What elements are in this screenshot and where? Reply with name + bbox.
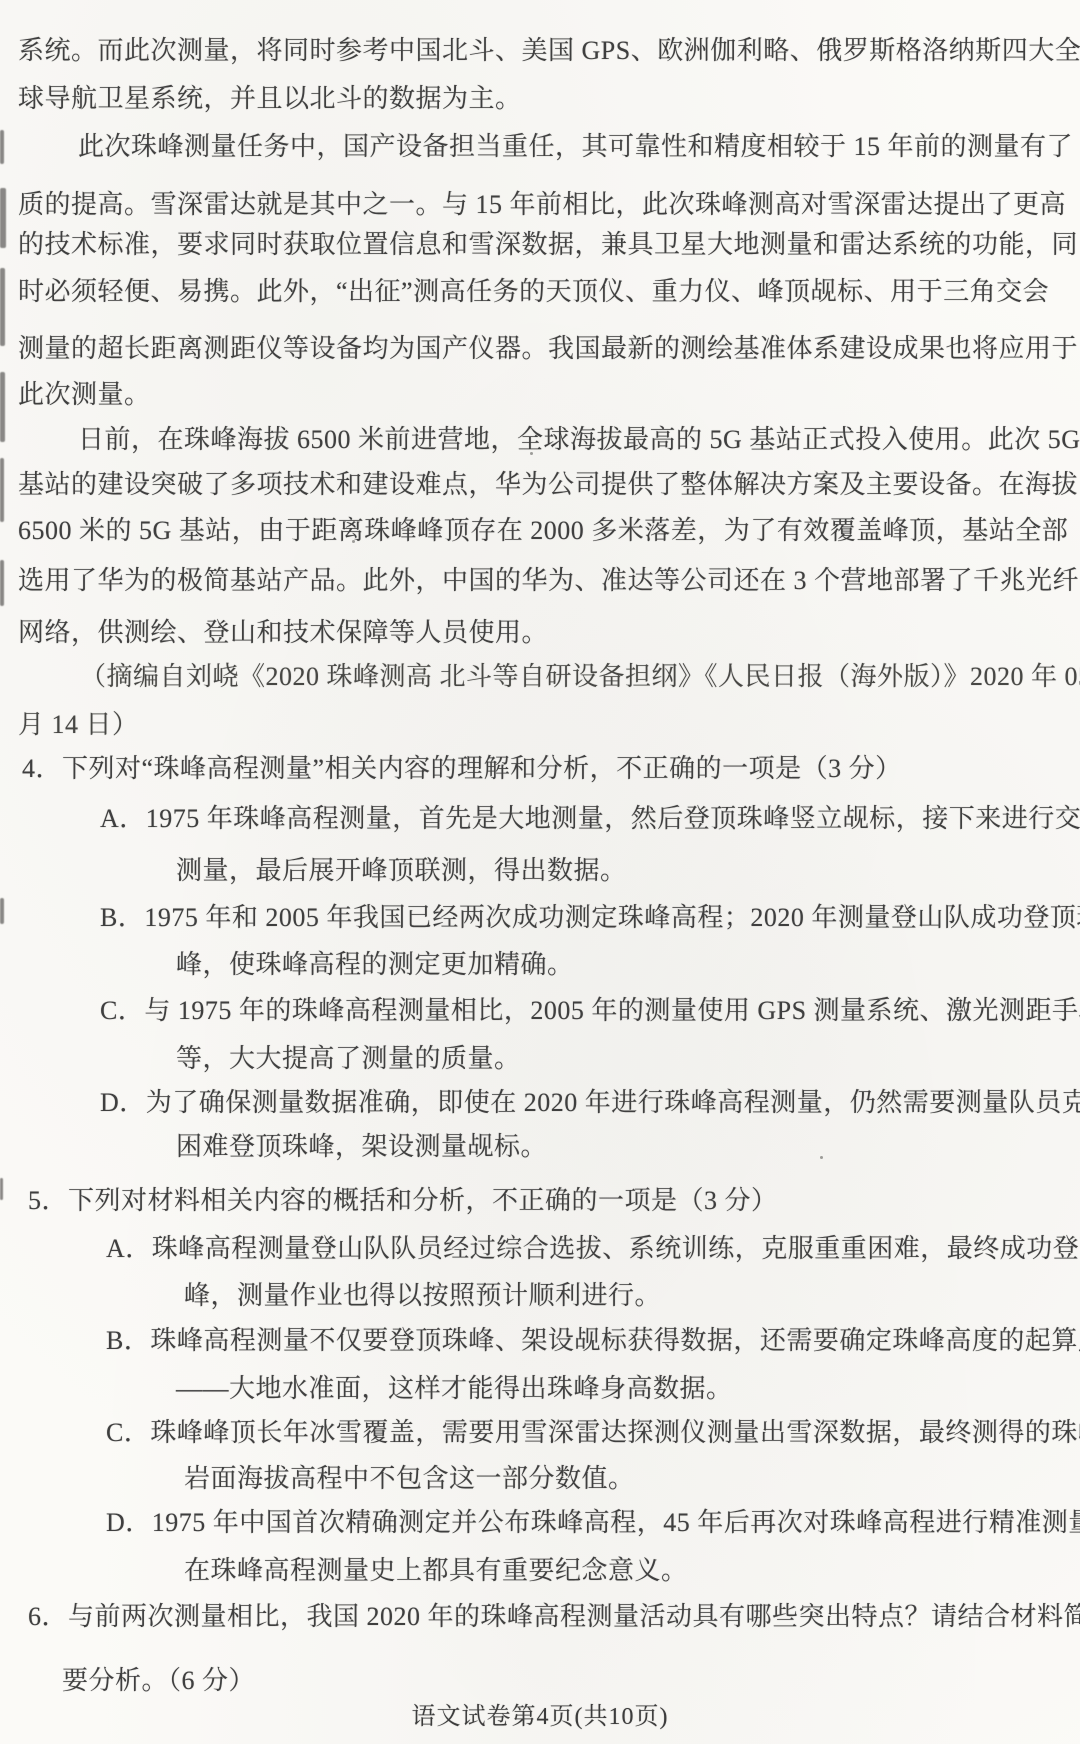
- text-line-passage: 质的提高。雪深雷达就是其中之一。与 15 年前相比，此次珠峰测高对雪深雷达提出了…: [18, 184, 1066, 221]
- scan-edge-smudge: [0, 458, 4, 522]
- text-line-option: 测量，最后展开峰顶联测，得出数据。: [176, 850, 627, 887]
- text-line-passage: 6500 米的 5G 基站，由于距离珠峰峰顶存在 2000 多米落差，为了有效覆…: [18, 510, 1068, 547]
- text-line-passage: 网络，供测绘、登山和技术保障等人员使用。: [18, 612, 548, 649]
- text-line-passage: 日前，在珠峰海拔 6500 米前进营地，全球海拔最高的 5G 基站正式投入使用。…: [78, 419, 1080, 456]
- text-line-question: 4．下列对“珠峰高程测量”相关内容的理解和分析，不正确的一项是（3 分）: [22, 748, 902, 785]
- text-line-passage: 时必须轻便、易携。此外，“出征”测高任务的天顶仪、重力仪、峰顶觇标、用于三角交会: [18, 271, 1049, 308]
- text-line-option: 峰，测量作业也得以按照预计顺利进行。: [184, 1275, 661, 1312]
- scan-edge-smudge: [0, 560, 4, 606]
- text-line-question: 5．下列对材料相关内容的概括和分析，不正确的一项是（3 分）: [28, 1180, 778, 1217]
- text-line-option: 峰，使珠峰高程的测定更加精确。: [176, 944, 574, 981]
- text-line-option: D．1975 年中国首次精确测定并公布珠峰高程，45 年后再次对珠峰高程进行精准…: [106, 1502, 1080, 1539]
- text-line-option: A．1975 年珠峰高程测量，首先是大地测量，然后登顶珠峰竖立觇标，接下来进行交…: [100, 798, 1080, 835]
- scan-edge-smudge: [0, 188, 6, 248]
- page-footer: 语文试卷第4页(共10页): [0, 1696, 1080, 1731]
- scan-speck: [820, 1156, 823, 1159]
- scan-edge-smudge: [0, 268, 5, 346]
- scanned-exam-page: 系统。而此次测量，将同时参考中国北斗、美国 GPS、欧洲伽利略、俄罗斯格洛纳斯四…: [0, 0, 1080, 1744]
- text-line-citation: （摘编自刘峣《2020 珠峰测高 北斗等自研设备担纲》《人民日报（海外版）》20…: [80, 656, 1080, 693]
- text-line-passage: 此次测量。: [18, 374, 151, 411]
- text-line-option: C．与 1975 年的珠峰高程测量相比，2005 年的测量使用 GPS 测量系统…: [100, 990, 1080, 1027]
- text-line-option: 岩面海拔高程中不包含这一部分数值。: [184, 1458, 635, 1495]
- text-line-passage: 系统。而此次测量，将同时参考中国北斗、美国 GPS、欧洲伽利略、俄罗斯格洛纳斯四…: [18, 30, 1080, 67]
- text-line-option: ——大地水准面，这样才能得出珠峰身高数据。: [176, 1368, 733, 1405]
- text-line-citation: 月 14 日）: [18, 704, 139, 741]
- text-line-option: A．珠峰高程测量登山队队员经过综合选拔、系统训练，克服重重困难，最终成功登顶珠: [106, 1228, 1080, 1265]
- text-line-passage: 选用了华为的极简基站产品。此外，中国的华为、准达等公司还在 3 个营地部署了千兆…: [18, 560, 1079, 597]
- text-line-option: 在珠峰高程测量史上都具有重要纪念意义。: [184, 1550, 688, 1587]
- text-line-option: B．1975 年和 2005 年我国已经两次成功测定珠峰高程；2020 年测量登…: [100, 897, 1080, 934]
- scan-edge-smudge: [0, 372, 5, 442]
- text-line-question: 6．与前两次测量相比，我国 2020 年的珠峰高程测量活动具有哪些突出特点？请结…: [28, 1596, 1080, 1633]
- text-line-option: 困难登顶珠峰，架设测量觇标。: [176, 1126, 547, 1163]
- scan-edge-smudge: [0, 1178, 3, 1200]
- text-line-option: 等，大大提高了测量的质量。: [176, 1038, 521, 1075]
- scan-edge-smudge: [0, 898, 4, 924]
- text-line-option: D．为了确保测量数据准确，即使在 2020 年进行珠峰高程测量，仍然需要测量队员…: [100, 1082, 1080, 1119]
- text-line-option: C．珠峰峰顶长年冰雪覆盖，需要用雪深雷达探测仪测量出雪深数据，最终测得的珠峰: [106, 1412, 1080, 1449]
- scan-edge-smudge: [0, 130, 4, 164]
- text-line-passage: 球导航卫星系统，并且以北斗的数据为主。: [18, 78, 522, 115]
- text-line-passage: 测量的超长距离测距仪等设备均为国产仪器。我国最新的测绘基准体系建设成果也将应用于: [18, 328, 1078, 365]
- text-line-option: B．珠峰高程测量不仅要登顶珠峰、架设觇标获得数据，还需要确定珠峰高度的起算点: [106, 1320, 1080, 1357]
- text-line-passage: 的技术标准，要求同时获取位置信息和雪深数据，兼具卫星大地测量和雷达系统的功能，同: [18, 224, 1078, 261]
- text-line-question: 要分析。（6 分）: [62, 1660, 255, 1697]
- text-line-passage: 基站的建设突破了多项技术和建设难点，华为公司提供了整体解决方案及主要设备。在海拔: [18, 464, 1078, 501]
- text-line-passage: 此次珠峰测量任务中，国产设备担当重任，其可靠性和精度相较于 15 年前的测量有了: [78, 126, 1073, 163]
